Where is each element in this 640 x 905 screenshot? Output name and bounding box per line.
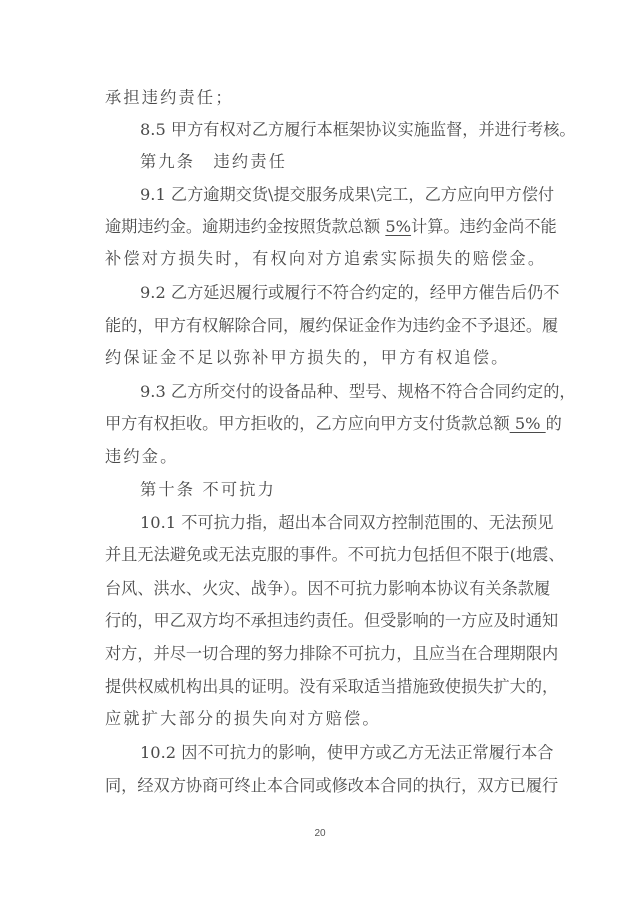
text-line: 能的，甲方有权解除合同，履约保证金作为违约金不予退还。履 — [105, 315, 550, 337]
text-line: 并且无法避免或无法克服的事件。不可抗力包括但不限于(地震、 — [105, 544, 550, 566]
article-9-heading: 第九条 违约责任 — [140, 151, 585, 173]
page-number: 20 — [0, 828, 640, 839]
clause-10-2: 10.2 因不可抗力的影响，使甲方或乙方无法正常履行本合 — [140, 742, 550, 764]
text-line: 应就扩大部分的损失向对方赔偿。 — [105, 708, 550, 730]
text-line: 补偿对方损失时，有权向对方追索实际损失的赔偿金。 — [105, 248, 550, 270]
penalty-rate: 5% — [510, 414, 546, 433]
text-fragment: 计算。违约金尚不能 — [411, 217, 557, 236]
document-page: 承担违约责任； 8.5 甲方有权对乙方履行本框架协议实施监督，并进行考核。 第九… — [0, 0, 640, 905]
penalty-rate: 5% — [385, 217, 411, 236]
clause-10-1: 10.1 不可抗力指，超出本合同双方控制范围的、无法预见 — [140, 512, 550, 534]
text-line: 违约金。 — [105, 446, 550, 468]
text-fragment: 的 — [546, 414, 562, 433]
text-line: 提供权威机构出具的证明。没有采取适当措施致使损失扩大的， — [105, 676, 550, 698]
text-line: 台风、洪水、火灾、战争）。因不可抗力影响本协议有关条款履 — [105, 578, 550, 600]
text-fragment: 甲方有权拒收。甲方拒收的，乙方应向甲方支付货款总额 — [105, 414, 510, 433]
text-line: 逾期违约金。逾期违约金按照货款总额 5%计算。违约金尚不能 — [105, 216, 550, 238]
text-line: 行的，甲乙双方均不承担违约责任。但受影响的一方应及时通知 — [105, 610, 550, 632]
text-line: 同，经双方协商可终止本合同或修改本合同的执行，双方已履行 — [105, 775, 550, 797]
text-fragment: 逾期违约金。逾期违约金按照货款总额 — [105, 217, 385, 236]
text-line: 甲方有权拒收。甲方拒收的，乙方应向甲方支付货款总额 5% 的 — [105, 413, 550, 435]
article-10-heading: 第十条 不可抗力 — [140, 479, 585, 501]
clause-9-1: 9.1 乙方逾期交货\提交服务成果\完工，乙方应向甲方偿付 — [140, 184, 550, 206]
text-line: 对方，并尽一切合理的努力排除不可抗力，且应当在合理期限内 — [105, 643, 550, 665]
text-line: 承担违约责任； — [105, 87, 550, 109]
text-line: 约保证金不足以弥补甲方损失的，甲方有权追偿。 — [105, 347, 550, 369]
clause-8-5: 8.5 甲方有权对乙方履行本框架协议实施监督，并进行考核。 — [140, 119, 550, 141]
clause-9-3: 9.3 乙方所交付的设备品种、型号、规格不符合合同约定的， — [140, 381, 550, 403]
clause-9-2: 9.2 乙方延迟履行或履行不符合约定的，经甲方催告后仍不 — [140, 282, 550, 304]
